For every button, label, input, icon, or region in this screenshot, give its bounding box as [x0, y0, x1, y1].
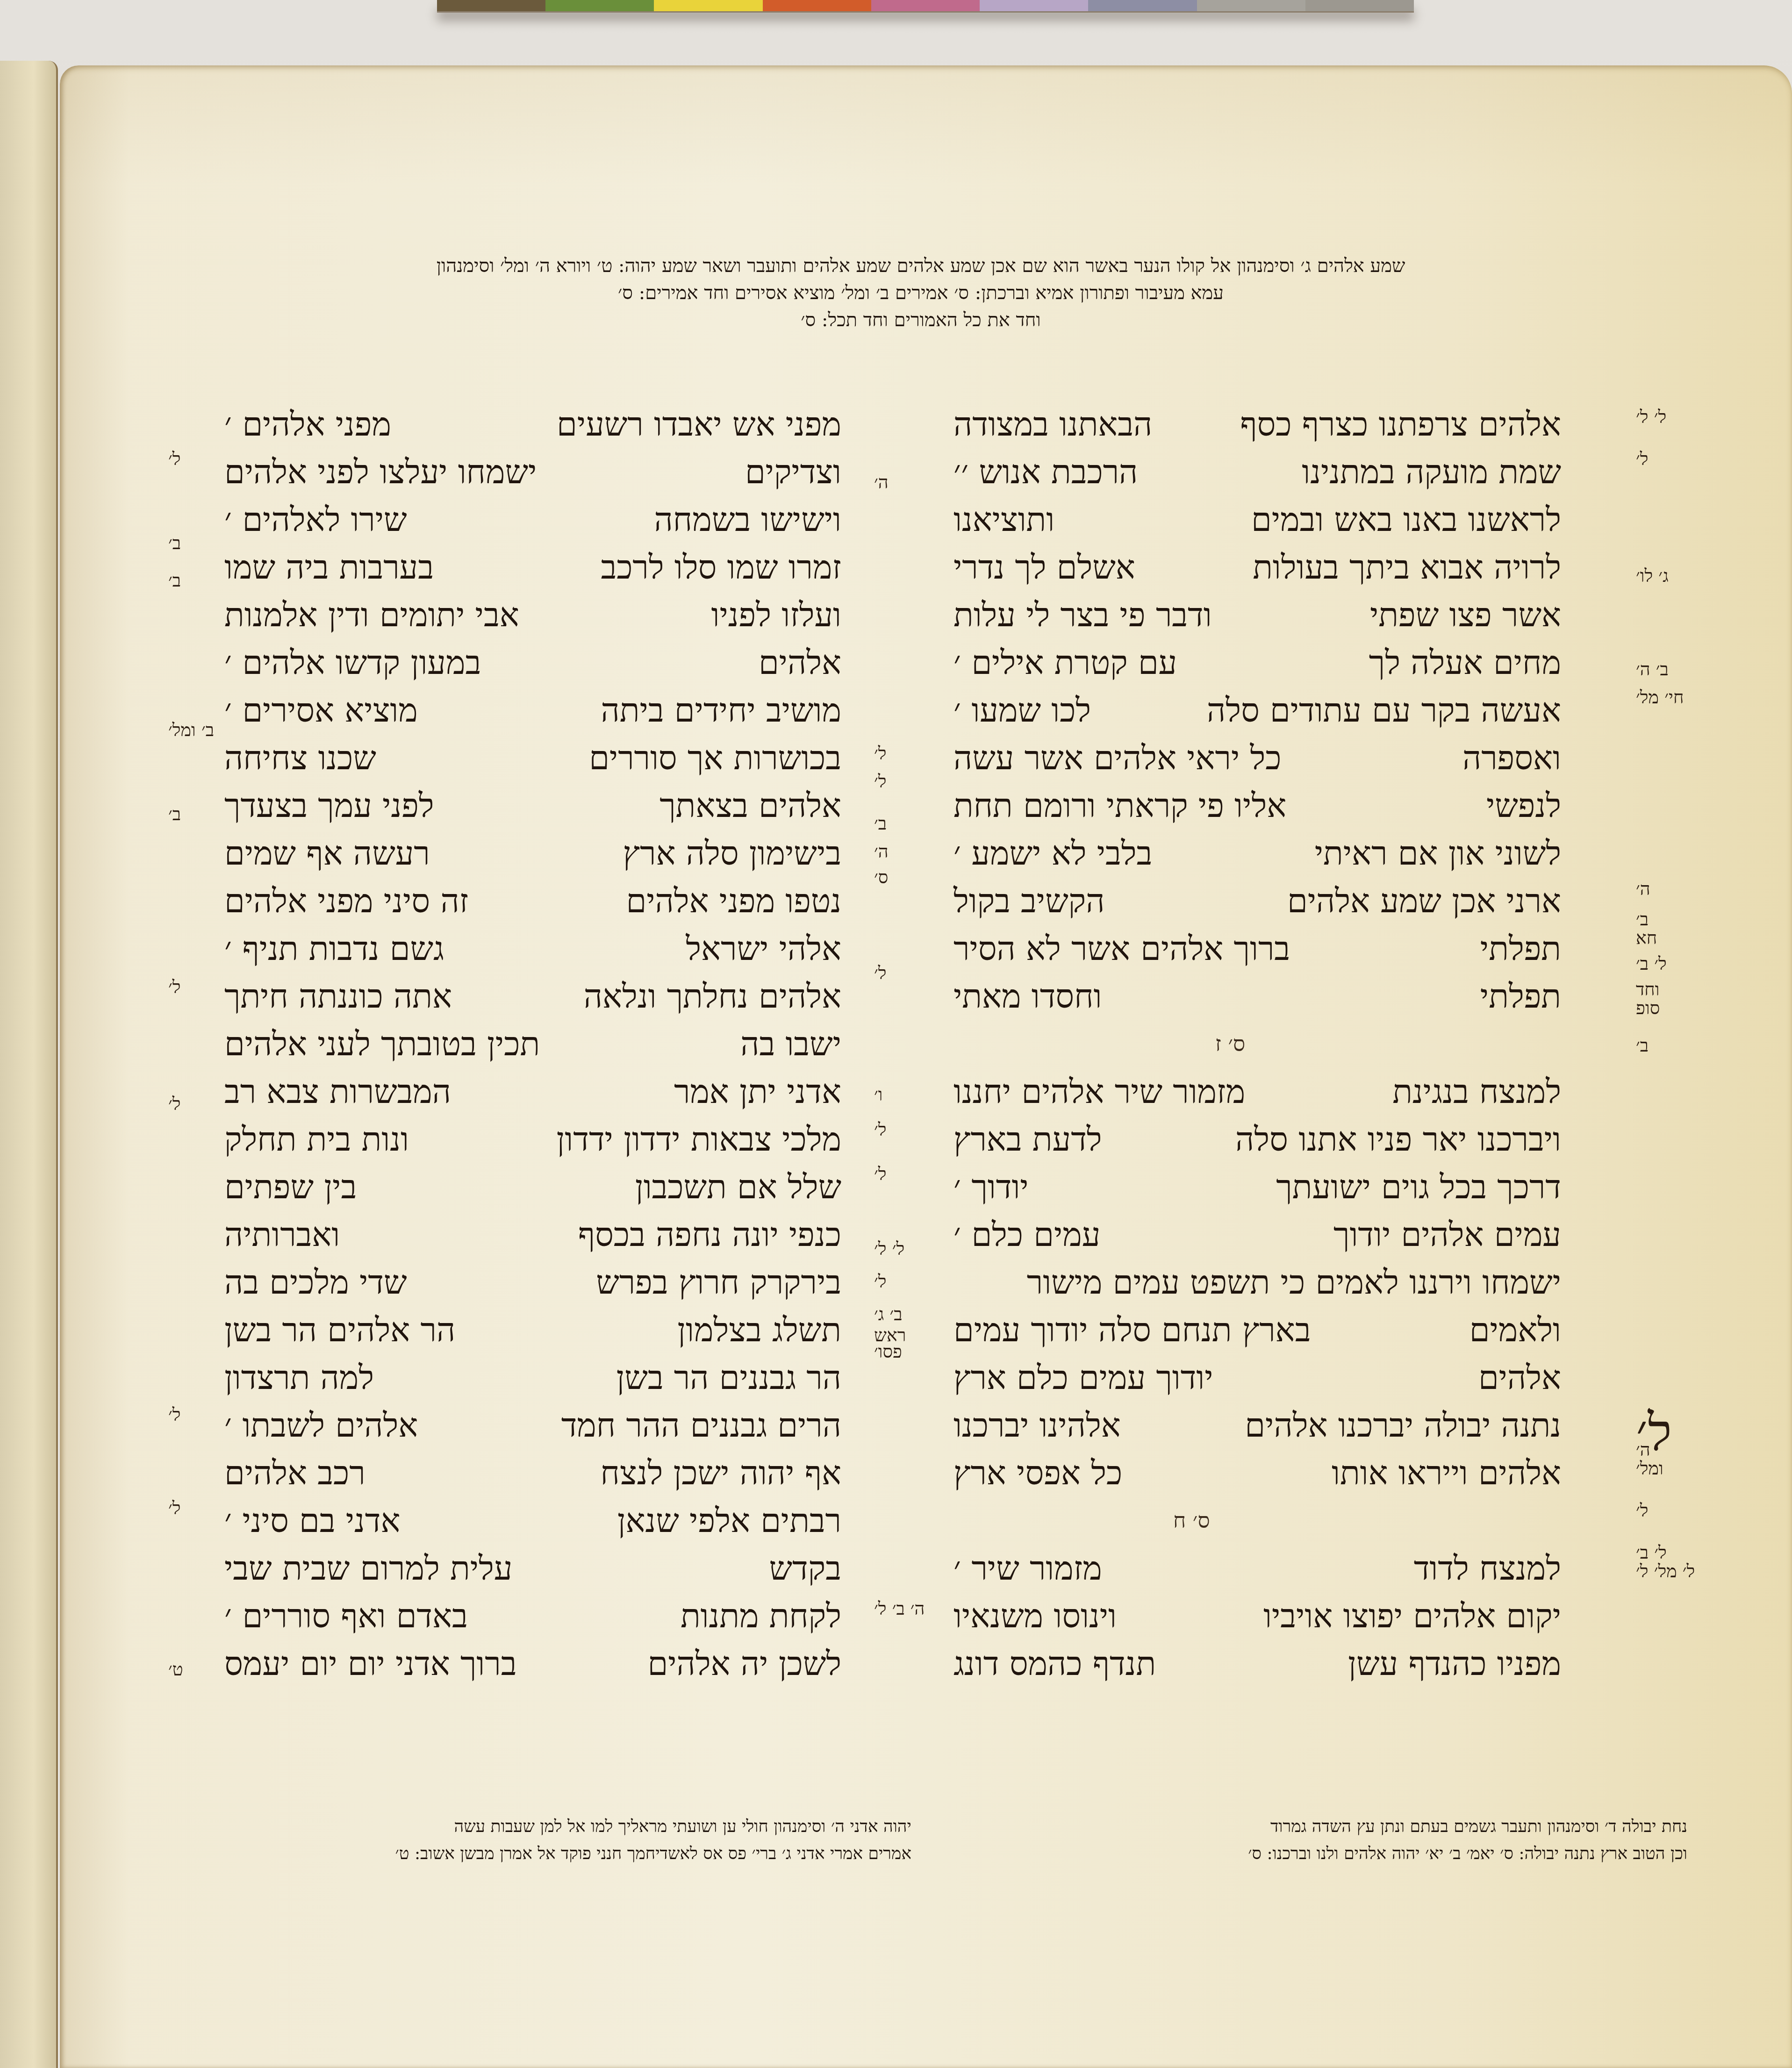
text-line: אלהים בצאתךלפני עמך בצעדך — [224, 783, 841, 828]
text-line: לשוני און אם ראיתיבלבי לא ישמע ׳ — [953, 831, 1561, 876]
text-line: מושיב יחידים ביתהמוציא אסירים ׳ — [224, 688, 841, 733]
hemistich-second: גשם נדבות תניף ׳ — [224, 926, 444, 971]
hemistich-first: הר גבננים הר בשן — [616, 1355, 841, 1400]
hemistich-second: המבשרות צבא רב — [224, 1069, 451, 1114]
masorah-parva-note: ב׳ ומל׳ — [168, 720, 214, 740]
text-column-left: מפני אש יאבדו רשעיםמפני אלהים ׳וצדיקיםיש… — [224, 402, 841, 1710]
hemistich-first: לנפשי — [1486, 783, 1561, 828]
hemistich-second: בארץ תנחם סלה יודוך עמים — [953, 1308, 1311, 1352]
hemistich-second: בין שפתים — [224, 1165, 357, 1209]
text-line: ישמחו וירננו לאמים כי תשפט עמים מישור — [953, 1260, 1561, 1305]
masorah-parva-note: ל׳ — [1636, 1500, 1649, 1521]
hemistich-first: לשוני און אם ראיתי — [1315, 831, 1561, 876]
text-line: למנצח לדודמזמור שיר ׳ — [953, 1546, 1561, 1591]
hemistich-second: עם קטרת אילים ׳ — [953, 640, 1177, 685]
masorah-parva-note: ב׳ ה׳ — [1636, 659, 1669, 680]
color-calibration-strip — [437, 0, 1414, 13]
masorah-parva-note: ב׳ — [168, 533, 181, 553]
hemistich-second: אדני בם סיני ׳ — [224, 1498, 400, 1543]
hemistich-first: רבתים אלפי שנאן — [617, 1498, 841, 1543]
hemistich-second: כל אפסי ארץ — [953, 1451, 1122, 1496]
text-line: רבתים אלפי שנאןאדני בם סיני ׳ — [224, 1498, 841, 1543]
hemistich-first: אלהים וייראו אותו — [1332, 1451, 1561, 1496]
masorah-parva-note: ל׳ — [1636, 449, 1649, 469]
hemistich-first: ישבו בה — [740, 1022, 841, 1066]
hemistich-second: מפני אלהים ׳ — [224, 402, 391, 447]
text-line: לשכן יה אלהיםברוך אדני יום יום יעמס — [224, 1641, 841, 1686]
hemistich-first: הרים גבננים ההר חמד — [561, 1403, 841, 1448]
hemistich-second: ישמחו יעלצו לפני אלהים — [224, 450, 537, 494]
hemistich-second: ונות בית תחלק — [224, 1117, 409, 1162]
masorah-magna-bottom-left: יהוה אדני ה׳ וסימנהון חולי ען ושועתי מרא… — [196, 1813, 911, 1868]
psalm-section-marker: ס׳ ח — [1173, 1508, 1210, 1533]
text-line: בישימון סלה ארץרעשה אף שמים — [224, 831, 841, 876]
hemistich-first: תפלתי — [1480, 974, 1561, 1019]
text-line: נטפו מפני אלהיםזה סיני מפני אלהים — [224, 879, 841, 923]
text-line: דרכך בכל גוים ישועתךיודוך ׳ — [953, 1165, 1561, 1209]
masorah-parva-note: חא — [1636, 928, 1657, 948]
masorah-parva-note: ב׳ — [168, 570, 181, 591]
text-line: מלכי צבאות ידדון ידדוןונות בית תחלק — [224, 1117, 841, 1162]
text-line: לנפשיאליו פי קראתי ורומם תחת — [953, 783, 1561, 828]
hemistich-second: הר אלהים הר בשן — [224, 1308, 455, 1352]
hemistich-first: נתנה יבולה יברכנו אלהים — [1245, 1403, 1561, 1448]
hemistich-second: לכו שמעו ׳ — [953, 688, 1091, 733]
text-line: ויברכנו יאר פניו אתנו סלהלדעת בארץ — [953, 1117, 1561, 1162]
text-line: עמים אלהים יודוךעמים כלם ׳ — [953, 1212, 1561, 1257]
hemistich-second: תנדף כהמס דונג — [953, 1641, 1156, 1686]
text-line: ישבו בהתכין בטובתך לעני אלהים — [224, 1022, 841, 1066]
text-line: בקדשעלית למרום שבית שבי — [224, 1546, 841, 1591]
masorah-parva-note: ל׳ — [874, 963, 887, 983]
calibration-swatch — [871, 0, 980, 11]
masorah-parva-note: ס׳ — [874, 867, 888, 887]
text-line: אף יהוה ישכן לנצחרכב אלהים — [224, 1451, 841, 1496]
hemistich-first: שלל אם תשכבון — [635, 1165, 841, 1209]
masorah-parva-note: ה׳ — [874, 472, 889, 493]
masorah-parva-note: פסו׳ — [874, 1341, 902, 1362]
hemistich-second: תכין בטובתך לעני אלהים — [224, 1022, 540, 1066]
hemistich-first: ארני אכן שמע אלהים — [1287, 879, 1561, 923]
hemistich-first: ישמחו וירננו לאמים כי תשפט עמים מישור — [1027, 1260, 1561, 1305]
hemistich-first: וצדיקים — [745, 450, 841, 494]
hemistich-second: הרכבת אנוש ׳׳ — [953, 450, 1138, 494]
hemistich-first: תשלג בצלמון — [677, 1308, 841, 1352]
text-line: נתנה יבולה יברכנו אלהיםאלהינו יברכנו — [953, 1403, 1561, 1448]
masorah-top-line: וחד את כל האמורים וחד תכל: ס׳ — [243, 307, 1598, 334]
text-line: הר גבננים הר בשןלמה תרצדון — [224, 1355, 841, 1400]
calibration-swatch — [1197, 0, 1305, 11]
masorah-parva-note: ב׳ ג׳ — [874, 1304, 903, 1324]
hemistich-first: לשכן יה אלהים — [647, 1641, 841, 1686]
masorah-parva-note: סופ — [1636, 998, 1660, 1018]
text-line: ואספרהכל יראי אלהים אשר עשה — [953, 736, 1561, 780]
text-line: אלהים צרפתנו כצרף כסףהבאתנו במצודה — [953, 402, 1561, 447]
hemistich-second: ודבר פי בצר לי עלות — [953, 593, 1212, 637]
text-line: לקחת מתנותבאדם ואף סוררים ׳ — [224, 1594, 841, 1639]
masorah-parva-note: וחד — [1636, 979, 1660, 1000]
masorah-parva-note: ל׳ — [168, 449, 181, 469]
hemistich-second: הבאתנו במצודה — [953, 402, 1152, 447]
hemistich-first: למנצח בנגינת — [1392, 1069, 1561, 1114]
hemistich-first: אלהים — [1478, 1355, 1561, 1400]
masorah-parva-note: חי׳ מל׳ — [1636, 687, 1684, 708]
hemistich-second: ברוך אלהים אשר לא הסיר — [953, 926, 1290, 971]
hemistich-second: שדי מלכים בה — [224, 1260, 407, 1305]
hemistich-first: תפלתי — [1480, 926, 1561, 971]
masorah-parva-note: ב׳ — [168, 804, 181, 824]
text-line: יקום אלהים יפוצו אויביווינוסו משנאיו — [953, 1594, 1561, 1639]
hemistich-first: ולאמים — [1469, 1308, 1561, 1352]
masorah-parva-note: ל׳ — [874, 771, 887, 792]
hemistich-second: יודוך ׳ — [953, 1165, 1029, 1209]
hemistich-first: נטפו מפני אלהים — [626, 879, 841, 923]
hemistich-first: למנצח לדוד — [1414, 1546, 1561, 1591]
text-line: הרים גבננים ההר חמדאלהים לשבתו ׳ — [224, 1403, 841, 1448]
hemistich-first: אדני יתן אמר — [674, 1069, 841, 1114]
hemistich-second: שכנו צחיחה — [224, 736, 376, 780]
hemistich-second: במעון קדשו אלהים ׳ — [224, 640, 481, 685]
masorah-bottom-right-line: וכן הטוב ארץ נתנה יבולה: ס׳ יאמ׳ ב׳ יא׳ … — [953, 1840, 1687, 1868]
masorah-magna-bottom-right: נחת יבולה ד׳ וסימנהון ותעבר גשמים בעתם ו… — [953, 1813, 1687, 1868]
hemistich-second: עלית למרום שבית שבי — [224, 1546, 512, 1591]
masorah-magna-top: שמע אלהים ג׳ וסימנהון אל קולו הנער באשר … — [243, 252, 1598, 334]
text-line: אשר פצו שפתיודבר פי בצר לי עלות — [953, 593, 1561, 637]
calibration-swatch — [437, 0, 545, 11]
text-line: אעשה בקר עם עתודים סלהלכו שמעו ׳ — [953, 688, 1561, 733]
masorah-parva-note: ל׳ — [874, 743, 887, 764]
hemistich-second: ואברותיה — [224, 1212, 340, 1257]
text-line: אלהים וייראו אותוכל אפסי ארץ — [953, 1451, 1561, 1496]
masorah-parva-note: ל׳ ל׳ — [874, 1238, 904, 1259]
hemistich-second: באדם ואף סוררים ׳ — [224, 1594, 468, 1639]
text-line: לרויה אבוא ביתך בעולותאשלם לך נדרי — [953, 545, 1561, 590]
hemistich-second: יודוך עמים כלם ארץ — [953, 1355, 1213, 1400]
text-line: אדני יתן אמרהמבשרות צבא רב — [224, 1069, 841, 1114]
hemistich-second: עמים כלם ׳ — [953, 1212, 1100, 1257]
text-line: וצדיקיםישמחו יעלצו לפני אלהים — [224, 450, 841, 494]
hemistich-second: זה סיני מפני אלהים — [224, 879, 468, 923]
text-line: בכושרות אך סורריםשכנו צחיחה — [224, 736, 841, 780]
hemistich-first: זמרו שמו סלו לרכב — [601, 545, 841, 590]
calibration-swatch — [654, 0, 762, 11]
hemistich-second: בערבות ביה שמו — [224, 545, 434, 590]
hemistich-second: מזמור שיר אלהים יחננו — [953, 1069, 1245, 1114]
text-line: זמרו שמו סלו לרכבבערבות ביה שמו — [224, 545, 841, 590]
hemistich-first: מפני אש יאבדו רשעים — [557, 402, 841, 447]
hemistich-first: וישישו בשמחה — [654, 497, 841, 542]
hemistich-first: אלהים בצאתך — [659, 783, 841, 828]
text-column-right: אלהים צרפתנו כצרף כסףהבאתנו במצודהשמת מו… — [953, 402, 1561, 1710]
hemistich-first: לקחת מתנות — [681, 1594, 841, 1639]
hemistich-first: לראשנו באנו באש ובמים — [1251, 497, 1561, 542]
text-line: שמת מועקה במתנינוהרכבת אנוש ׳׳ — [953, 450, 1561, 494]
hemistich-first: ויברכנו יאר פניו אתנו סלה — [1235, 1117, 1561, 1162]
hemistich-second: מזמור שיר ׳ — [953, 1546, 1102, 1591]
masorah-parva-note: ומל׳ — [1636, 1458, 1663, 1479]
hemistich-second: אלהים לשבתו ׳ — [224, 1403, 418, 1448]
masorah-parva-note: ל׳ ל׳ — [1636, 407, 1666, 427]
hemistich-second: שירו לאלהים ׳ — [224, 497, 407, 542]
hemistich-second: וחסדו מאתי — [953, 974, 1102, 1019]
masorah-parva-note: ל׳ — [168, 1094, 181, 1114]
text-line: וישישו בשמחהשירו לאלהים ׳ — [224, 497, 841, 542]
masorah-bottom-right-line: נחת יבולה ד׳ וסימנהון ותעבר גשמים בעתם ו… — [953, 1813, 1687, 1840]
hemistich-first: בקדש — [769, 1546, 841, 1591]
text-line: ארני אכן שמע אלהיםהקשיב בקול — [953, 879, 1561, 923]
masorah-parva-note: ה׳ ב׳ ל׳ — [874, 1598, 925, 1619]
hemistich-first: יקום אלהים יפוצו אויביו — [1263, 1594, 1561, 1639]
text-line: אלהיםבמעון קדשו אלהים ׳ — [224, 640, 841, 685]
hemistich-first: בירקרק חרוץ בפרש — [596, 1260, 841, 1305]
hemistich-second: רעשה אף שמים — [224, 831, 430, 876]
hemistich-first: שמת מועקה במתנינו — [1302, 450, 1561, 494]
masorah-parva-note: ב׳ — [1636, 909, 1649, 930]
text-line — [953, 1498, 1561, 1543]
calibration-swatch — [1305, 0, 1414, 11]
hemistich-first: כנפי יונה נחפה בכסף — [578, 1212, 841, 1257]
masorah-parva-note: ו׳ — [874, 1084, 883, 1105]
text-line — [953, 1022, 1561, 1066]
hemistich-first: אלהים נחלתך ונלאה — [584, 974, 841, 1019]
text-line: מפני אש יאבדו רשעיםמפני אלהים ׳ — [224, 402, 841, 447]
hemistich-first: בישימון סלה ארץ — [623, 831, 841, 876]
masorah-parva-note: ל׳ ב׳ — [1636, 953, 1667, 974]
hemistich-first: בכושרות אך סוררים — [589, 736, 841, 780]
text-line: בירקרק חרוץ בפרששדי מלכים בה — [224, 1260, 841, 1305]
hemistich-first: אשר פצו שפתי — [1370, 593, 1561, 637]
text-line: תפלתיברוך אלהים אשר לא הסיר — [953, 926, 1561, 971]
text-line: ולאמיםבארץ תנחם סלה יודוך עמים — [953, 1308, 1561, 1352]
hemistich-first: מחים אעלה לך — [1369, 640, 1561, 685]
masorah-parva-note: ג׳ לו׳ — [1636, 565, 1669, 586]
text-line: אלהיםיודוך עמים כלם ארץ — [953, 1355, 1561, 1400]
hemistich-first: דרכך בכל גוים ישועתך — [1276, 1165, 1561, 1209]
masorah-parva-note: ל׳ — [168, 1498, 181, 1518]
text-line: ועלזו לפניואבי יתומים ודין אלמנות — [224, 593, 841, 637]
text-line: מחים אעלה לךעם קטרת אילים ׳ — [953, 640, 1561, 685]
hemistich-second: ותוציאנו — [953, 497, 1054, 542]
hemistich-first: אלהי ישראל — [686, 926, 841, 971]
hemistich-second: אבי יתומים ודין אלמנות — [224, 593, 519, 637]
hemistich-second: מוציא אסירים ׳ — [224, 688, 418, 733]
masorah-parva-note: ט׳ — [168, 1659, 183, 1680]
calibration-swatch — [763, 0, 871, 11]
hemistich-second: למה תרצדון — [224, 1355, 374, 1400]
masorah-parva-note: ל׳ — [168, 977, 181, 997]
hemistich-second: כל יראי אלהים אשר עשה — [953, 736, 1282, 780]
masorah-parva-note: ה׳ — [874, 841, 889, 862]
masorah-parva-note: ה׳ — [1636, 1439, 1650, 1460]
hemistich-second: וינוסו משנאיו — [953, 1594, 1117, 1639]
masorah-parva-note: ל׳ — [874, 1271, 887, 1292]
masorah-parva-note: ל׳ מל׳ ל׳ — [1636, 1561, 1695, 1581]
masorah-parva-note: ל׳ — [874, 1119, 887, 1140]
text-line: תשלג בצלמוןהר אלהים הר בשן — [224, 1308, 841, 1352]
calibration-swatch — [980, 0, 1088, 11]
masorah-top-line: עמא מעיבור ופתורון אמיא וברכתן: ס׳ אמירי… — [243, 279, 1598, 307]
hemistich-second: אשלם לך נדרי — [953, 545, 1135, 590]
masorah-parva-note: ל׳ — [168, 1404, 181, 1425]
hemistich-second: בלבי לא ישמע ׳ — [953, 831, 1152, 876]
hemistich-second: אלהינו יברכנו — [953, 1403, 1121, 1448]
masorah-bottom-left-line: אמרים אמרי אדני ג׳ ברי׳ פס אס לאשדיחמך ח… — [196, 1840, 911, 1868]
hemistich-first: ואספרה — [1462, 736, 1561, 780]
hemistich-first: עמים אלהים יודוך — [1333, 1212, 1561, 1257]
hemistich-first: אלהים — [759, 640, 841, 685]
psalm-section-marker: ס׳ ז — [1215, 1031, 1245, 1056]
text-line: כנפי יונה נחפה בכסףואברותיה — [224, 1212, 841, 1257]
hemistich-second: רכב אלהים — [224, 1451, 366, 1496]
hemistich-second: הקשיב בקול — [953, 879, 1104, 923]
text-line: למנצח בנגינתמזמור שיר אלהים יחננו — [953, 1069, 1561, 1114]
hemistich-second: אליו פי קראתי ורומם תחת — [953, 783, 1286, 828]
text-line: לראשנו באנו באש ובמיםותוציאנו — [953, 497, 1561, 542]
masorah-bottom-left-line: יהוה אדני ה׳ וסימנהון חולי ען ושועתי מרא… — [196, 1813, 911, 1840]
hemistich-first: אעשה בקר עם עתודים סלה — [1207, 688, 1561, 733]
masorah-parva-note: ל׳ ב׳ — [1636, 1542, 1667, 1563]
hemistich-first: מפניו כהנדף עשן — [1348, 1641, 1561, 1686]
previous-page-edge — [0, 61, 58, 2068]
masorah-top-line: שמע אלהים ג׳ וסימנהון אל קולו הנער באשר … — [243, 252, 1598, 279]
hemistich-second: לדעת בארץ — [953, 1117, 1102, 1162]
calibration-swatch — [1088, 0, 1197, 11]
hemistich-first: מלכי צבאות ידדון ידדון — [557, 1117, 841, 1162]
masorah-parva-note: ב׳ — [874, 813, 887, 834]
hemistich-first: ועלזו לפניו — [711, 593, 841, 637]
text-line: תפלתיוחסדו מאתי — [953, 974, 1561, 1019]
masorah-parva-note: ב׳ — [1636, 1035, 1649, 1056]
masorah-parva-note: ל׳ — [874, 1164, 887, 1184]
hemistich-first: מושיב יחידים ביתה — [601, 688, 841, 733]
hemistich-first: לרויה אבוא ביתך בעולות — [1253, 545, 1561, 590]
hemistich-second: לפני עמך בצעדך — [224, 783, 434, 828]
hemistich-second: ברוך אדני יום יום יעמס — [224, 1641, 516, 1686]
hemistich-first: אף יהוה ישכן לנצח — [601, 1451, 841, 1496]
masorah-parva-note: ה׳ — [1636, 879, 1650, 899]
text-line: שלל אם תשכבוןבין שפתים — [224, 1165, 841, 1209]
calibration-swatch — [545, 0, 654, 11]
hemistich-first: אלהים צרפתנו כצרף כסף — [1240, 402, 1561, 447]
hemistich-second: אתה כוננתה חיתך — [224, 974, 452, 1019]
text-line: מפניו כהנדף עשןתנדף כהמס דונג — [953, 1641, 1561, 1686]
text-line: אלהים נחלתך ונלאהאתה כוננתה חיתך — [224, 974, 841, 1019]
text-line: אלהי ישראלגשם נדבות תניף ׳ — [224, 926, 841, 971]
